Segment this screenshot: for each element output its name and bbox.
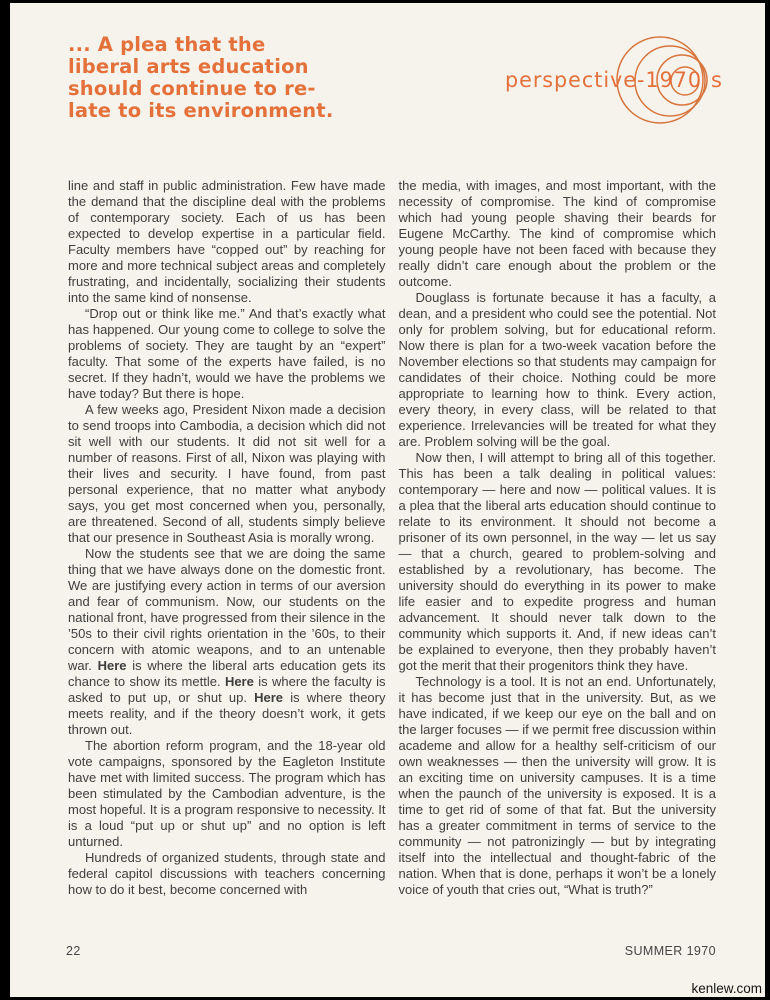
- paragraph-text: Now the students see that we are doing t…: [68, 546, 386, 673]
- body-paragraph: Now the students see that we are doing t…: [68, 546, 386, 738]
- body-paragraph: the media, with images, and most importa…: [399, 178, 717, 290]
- paragraph-text: A few weeks ago, President Nixon made a …: [68, 402, 386, 545]
- page-footer: 22 SUMMER 1970: [66, 944, 716, 958]
- magazine-page: ... A plea that the liberal arts educati…: [10, 3, 765, 997]
- left-column: line and staff in public administration.…: [68, 178, 386, 898]
- paragraph-text: Douglass is fortunate because it has a f…: [399, 290, 717, 449]
- logo-text: perspective-1970: [505, 68, 702, 92]
- bold-text: Here: [254, 690, 283, 705]
- body-paragraph: Hundreds of organized students, through …: [68, 850, 386, 898]
- body-paragraph: Technology is a tool. It is not an end. …: [399, 674, 717, 898]
- page-number: 22: [66, 944, 81, 958]
- watermark: kenlew.com: [691, 981, 762, 996]
- paragraph-text: the media, with images, and most importa…: [399, 178, 717, 289]
- bold-text: Here: [98, 658, 127, 673]
- body-paragraph: line and staff in public administration.…: [68, 178, 386, 306]
- article-body: line and staff in public administration.…: [68, 178, 716, 898]
- paragraph-text: Technology is a tool. It is not an end. …: [399, 674, 717, 897]
- paragraph-text: The abortion reform program, and the 18-…: [68, 738, 386, 849]
- paragraph-text: line and staff in public administration.…: [68, 178, 386, 305]
- issue-label: SUMMER 1970: [625, 944, 716, 958]
- paragraph-text: Hundreds of organized students, through …: [68, 850, 386, 897]
- pull-quote: ... A plea that the liberal arts educati…: [68, 34, 340, 122]
- body-paragraph: Douglass is fortunate because it has a f…: [399, 290, 717, 450]
- logo-suffix: s: [711, 68, 723, 92]
- body-paragraph: A few weeks ago, President Nixon made a …: [68, 402, 386, 546]
- masthead-logo: perspective-1970 s: [480, 25, 750, 140]
- body-paragraph: Now then, I will attempt to bring all of…: [399, 450, 717, 674]
- right-column: the media, with images, and most importa…: [399, 178, 717, 898]
- body-paragraph: “Drop out or think like me.” And that’s …: [68, 306, 386, 402]
- paragraph-text: “Drop out or think like me.” And that’s …: [68, 306, 386, 401]
- paragraph-text: Now then, I will attempt to bring all of…: [399, 450, 717, 673]
- body-paragraph: The abortion reform program, and the 18-…: [68, 738, 386, 850]
- bold-text: Here: [225, 674, 254, 689]
